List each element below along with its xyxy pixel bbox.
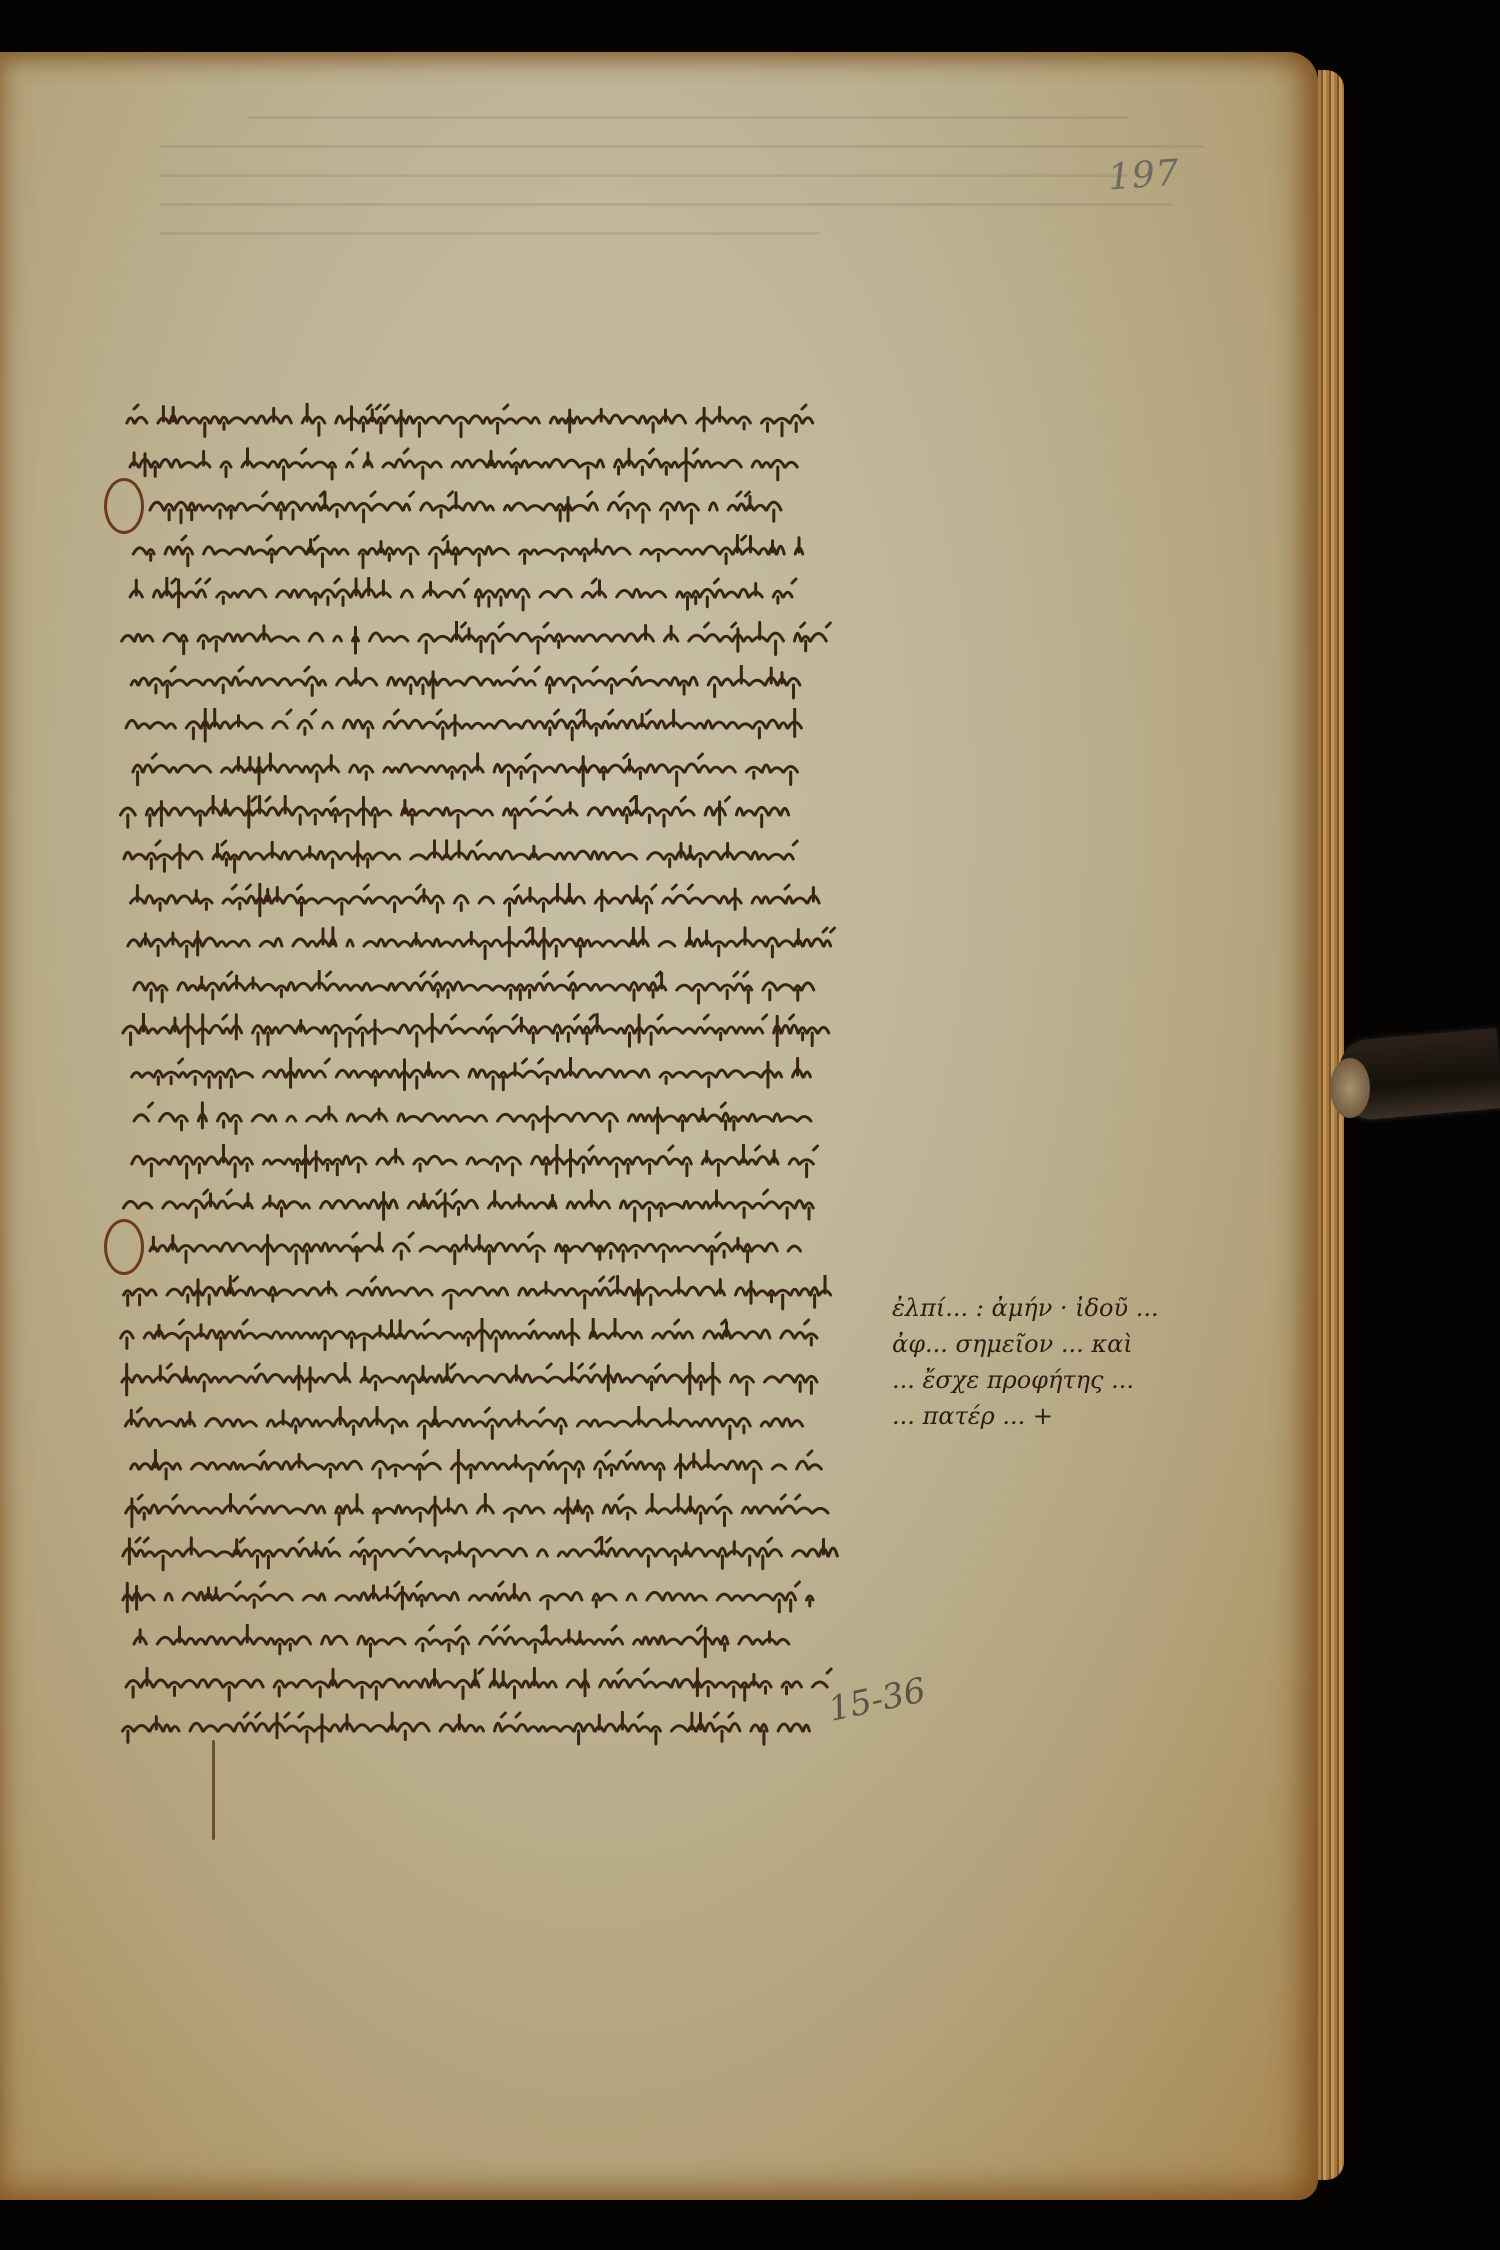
handwriting-strokes	[118, 1318, 878, 1358]
handwriting-strokes	[118, 795, 878, 835]
text-line	[118, 569, 878, 613]
handwriting-strokes	[118, 1536, 878, 1576]
text-line	[118, 482, 878, 526]
handwriting-strokes	[118, 1275, 878, 1315]
text-line	[118, 744, 878, 788]
handwriting-strokes	[118, 621, 878, 661]
handwriting-strokes	[118, 490, 878, 530]
handwriting-strokes	[118, 1144, 878, 1184]
handwriting-strokes	[118, 1493, 878, 1533]
handwriting-strokes	[118, 1057, 878, 1097]
text-line	[118, 395, 878, 439]
show-through-text	[160, 90, 1260, 320]
text-line	[118, 1136, 878, 1180]
text-line	[118, 1180, 878, 1224]
main-text-block	[118, 395, 878, 1746]
marginal-note-line: ἀφ... σημεῖον ... καὶ	[892, 1326, 1292, 1362]
text-line	[118, 962, 878, 1006]
text-line	[118, 1267, 878, 1311]
handwriting-strokes	[118, 1667, 878, 1707]
page-fore-edge	[1318, 70, 1344, 2180]
text-line	[118, 875, 878, 919]
handwriting-strokes	[118, 1013, 878, 1053]
handwriting-strokes	[118, 403, 878, 443]
text-line	[118, 1223, 878, 1267]
text-line	[118, 831, 878, 875]
marginal-note: ἐλπί... : ἀμήν · ἰδοῦ ...ἀφ... σημεῖον .…	[892, 1290, 1292, 1434]
text-line	[118, 1398, 878, 1442]
margin-rule-mark	[212, 1740, 215, 1840]
handwriting-strokes	[118, 1449, 878, 1489]
text-line	[118, 526, 878, 570]
handwriting-strokes	[118, 839, 878, 879]
text-line	[118, 1310, 878, 1354]
handwriting-strokes	[118, 447, 878, 487]
folio-number: 197	[1107, 153, 1181, 199]
handwriting-strokes	[118, 708, 878, 748]
text-line	[118, 700, 878, 744]
text-line	[118, 918, 878, 962]
text-line	[118, 1354, 878, 1398]
text-line	[118, 787, 878, 831]
handwriting-strokes	[118, 1624, 878, 1664]
handwriting-strokes	[118, 1231, 878, 1271]
text-line	[118, 657, 878, 701]
text-line	[118, 1005, 878, 1049]
text-line	[118, 1528, 878, 1572]
text-line	[118, 1485, 878, 1529]
handwriting-strokes	[118, 534, 878, 574]
marginal-note-line: ἐλπί... : ἀμήν · ἰδοῦ ...	[892, 1290, 1292, 1326]
text-line	[118, 613, 878, 657]
text-line	[118, 1093, 878, 1137]
text-line	[118, 439, 878, 483]
handwriting-strokes	[118, 1362, 878, 1402]
handwriting-strokes	[118, 970, 878, 1010]
text-line	[118, 1441, 878, 1485]
marginal-note-line: ... πατέρ ... +	[892, 1398, 1292, 1434]
handwriting-strokes	[118, 926, 878, 966]
handwriting-strokes	[118, 883, 878, 923]
text-line	[118, 1616, 878, 1660]
text-line	[118, 1659, 878, 1703]
handwriting-strokes	[118, 1101, 878, 1141]
handwriting-strokes	[118, 1580, 878, 1620]
text-line	[118, 1049, 878, 1093]
handwriting-strokes	[118, 1188, 878, 1228]
handwriting-strokes	[118, 1406, 878, 1446]
handwriting-strokes	[118, 665, 878, 705]
handwriting-strokes	[118, 577, 878, 617]
text-line	[118, 1572, 878, 1616]
handwriting-strokes	[118, 1711, 878, 1751]
text-line	[118, 1703, 878, 1747]
marginal-note-line: ... ἔσχε προφήτης ...	[892, 1362, 1292, 1398]
page-clip-tip	[1330, 1058, 1370, 1118]
handwriting-strokes	[118, 752, 878, 792]
